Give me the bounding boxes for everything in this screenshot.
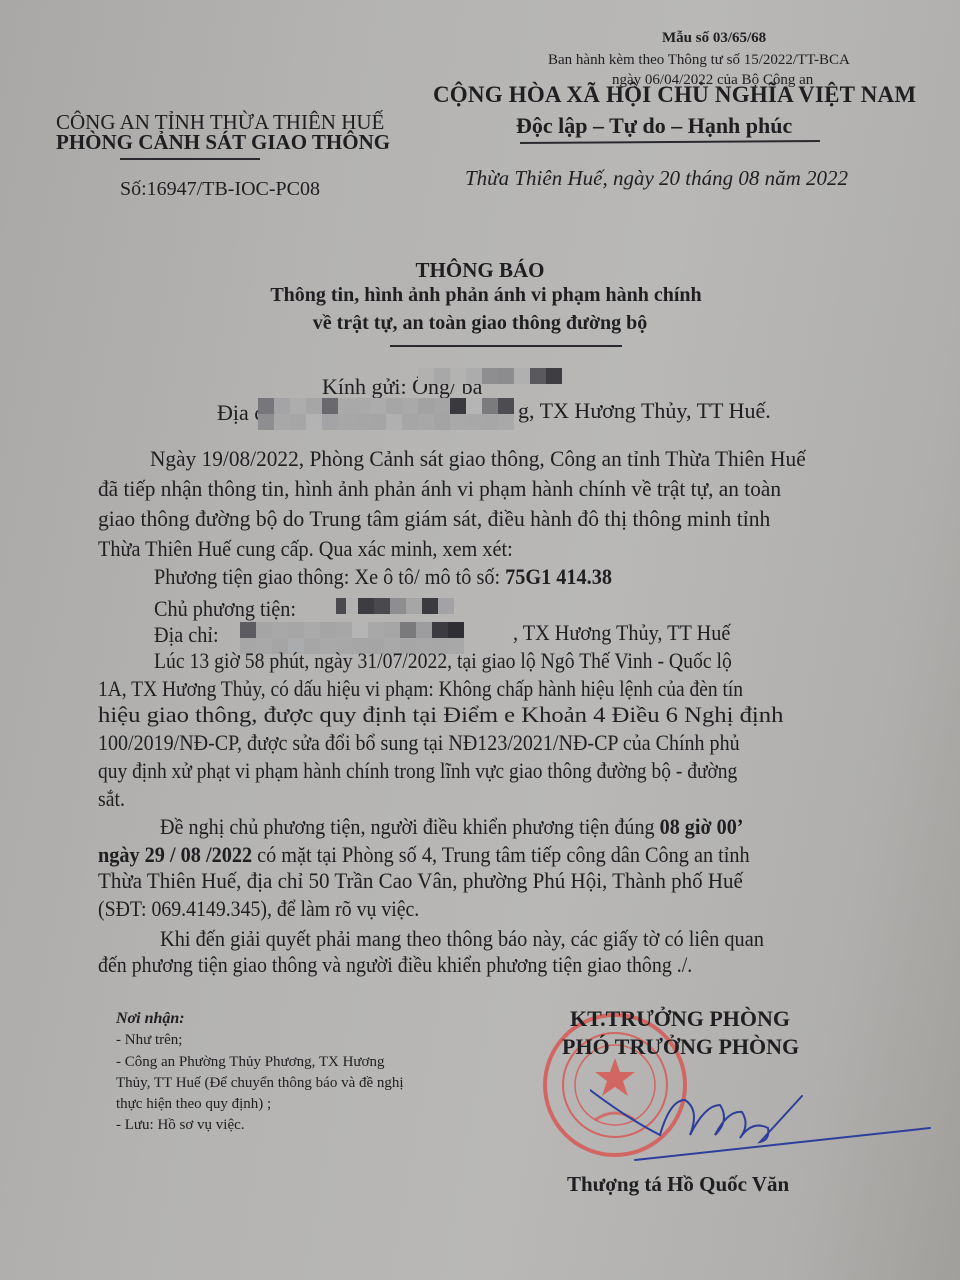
- recipients-item: - Lưu: Hồ sơ vụ việc.: [116, 1117, 245, 1134]
- body-p2-line: 100/2019/NĐ-CP, được sửa đổi bổ sung tại…: [98, 730, 740, 756]
- owner-address-suffix: , TX Hương Thủy, TT Huế: [513, 620, 730, 646]
- recipients-item: thực hiện theo quy định) ;: [116, 1096, 271, 1113]
- vehicle-line: Phương tiện giao thông: Xe ô tô/ mô tô s…: [154, 564, 612, 590]
- recipient-address-suffix: g, TX Hương Thủy, TT Huế.: [518, 398, 771, 424]
- redacted-owner-name: [336, 598, 454, 614]
- body-p3-line: (SĐT: 069.4149.345), để làm rõ vụ việc.: [98, 896, 419, 922]
- body-p4-line: Khi đến giải quyết phải mang theo thông …: [160, 926, 764, 952]
- recipients-item: - Như trên;: [116, 1032, 182, 1049]
- body-p3-line: ngày 29 / 08 /2022 có mặt tại Phòng số 4…: [98, 842, 750, 868]
- recipients-item: - Công an Phường Thủy Phương, TX Hương: [116, 1054, 384, 1071]
- form-issued-with: Ban hành kèm theo Thông tư số 15/2022/TT…: [548, 52, 850, 69]
- body-p2-line: sắt.: [98, 786, 125, 812]
- signer-role-2: PHÓ TRƯỞNG PHÒNG: [562, 1034, 799, 1060]
- national-motto: Độc lập – Tự do – Hạnh phúc: [516, 113, 792, 139]
- notice-document: Mẫu số 03/65/68 Ban hành kèm theo Thông …: [0, 0, 960, 1280]
- body-p1-line: Ngày 19/08/2022, Phòng Cảnh sát giao thô…: [150, 446, 806, 472]
- owner-label: Chủ phương tiện:: [154, 596, 296, 622]
- signature-icon: [590, 1080, 940, 1170]
- signer-name: Thượng tá Hồ Quốc Văn: [567, 1172, 789, 1197]
- redacted-recipient-name: [418, 368, 562, 384]
- document-subtitle-2: về trật tự, an toàn giao thông đường bộ: [0, 312, 960, 335]
- signer-role-1: KT.TRƯỞNG PHÒNG: [570, 1006, 790, 1032]
- body-p3-line: Đề nghị chủ phương tiện, người điều khiể…: [160, 814, 743, 840]
- body-p1-line: Thừa Thiên Huế cung cấp. Qua xác minh, x…: [98, 536, 513, 562]
- department-underline: [120, 158, 260, 160]
- recipients-title: Nơi nhận:: [116, 1010, 185, 1028]
- vehicle-plate: 75G1 414.38: [505, 564, 612, 589]
- place-date: Thừa Thiên Huế, ngày 20 tháng 08 năm 202…: [465, 166, 848, 191]
- appointment-intro: Đề nghị chủ phương tiện, người điều khiể…: [160, 814, 660, 839]
- appointment-date: ngày 29 / 08 /2022: [98, 842, 252, 867]
- form-number: Mẫu số 03/65/68: [662, 30, 766, 47]
- body-p4-line: đến phương tiện giao thông và người điều…: [98, 952, 692, 978]
- motto-underline: [520, 140, 820, 144]
- body-p2-line: quy định xử phạt vi phạm hành chính tron…: [98, 758, 737, 784]
- document-title: THÔNG BÁO: [0, 258, 960, 283]
- nation-title: CỘNG HÒA XÃ HỘI CHỦ NGHĨA VIỆT NAM: [433, 82, 916, 108]
- body-p2-line: 1A, TX Hương Thủy, có dấu hiệu vi phạm: …: [98, 676, 743, 702]
- body-p2-line: hiệu giao thông, được quy định tại Điểm …: [98, 702, 783, 728]
- redacted-recipient-address: [258, 398, 514, 430]
- subtitle-underline: [390, 345, 622, 347]
- body-p3-line: Thừa Thiên Huế, địa chỉ 50 Trần Cao Vân,…: [98, 868, 743, 894]
- body-p1-line: đã tiếp nhận thông tin, hình ảnh phản án…: [98, 476, 781, 502]
- appointment-time: 08 giờ 00’: [660, 814, 744, 839]
- appointment-place: có mặt tại Phòng số 4, Trung tâm tiếp cô…: [252, 842, 750, 867]
- owner-address-label: Địa chỉ:: [154, 622, 219, 648]
- body-p1-line: giao thông đường bộ do Trung tâm giám sá…: [98, 506, 770, 532]
- vehicle-label: Phương tiện giao thông: Xe ô tô/ mô tô s…: [154, 564, 505, 589]
- issuer-department: PHÒNG CẢNH SÁT GIAO THÔNG: [56, 130, 390, 155]
- recipients-item: Thủy, TT Huế (Để chuyển thông báo và đề …: [116, 1075, 404, 1092]
- document-number: Số:16947/TB-IOC-PC08: [120, 178, 320, 201]
- body-p2-line: Lúc 13 giờ 58 phút, ngày 31/07/2022, tại…: [154, 648, 732, 674]
- document-subtitle-1: Thông tin, hình ảnh phản ánh vi phạm hàn…: [0, 284, 960, 307]
